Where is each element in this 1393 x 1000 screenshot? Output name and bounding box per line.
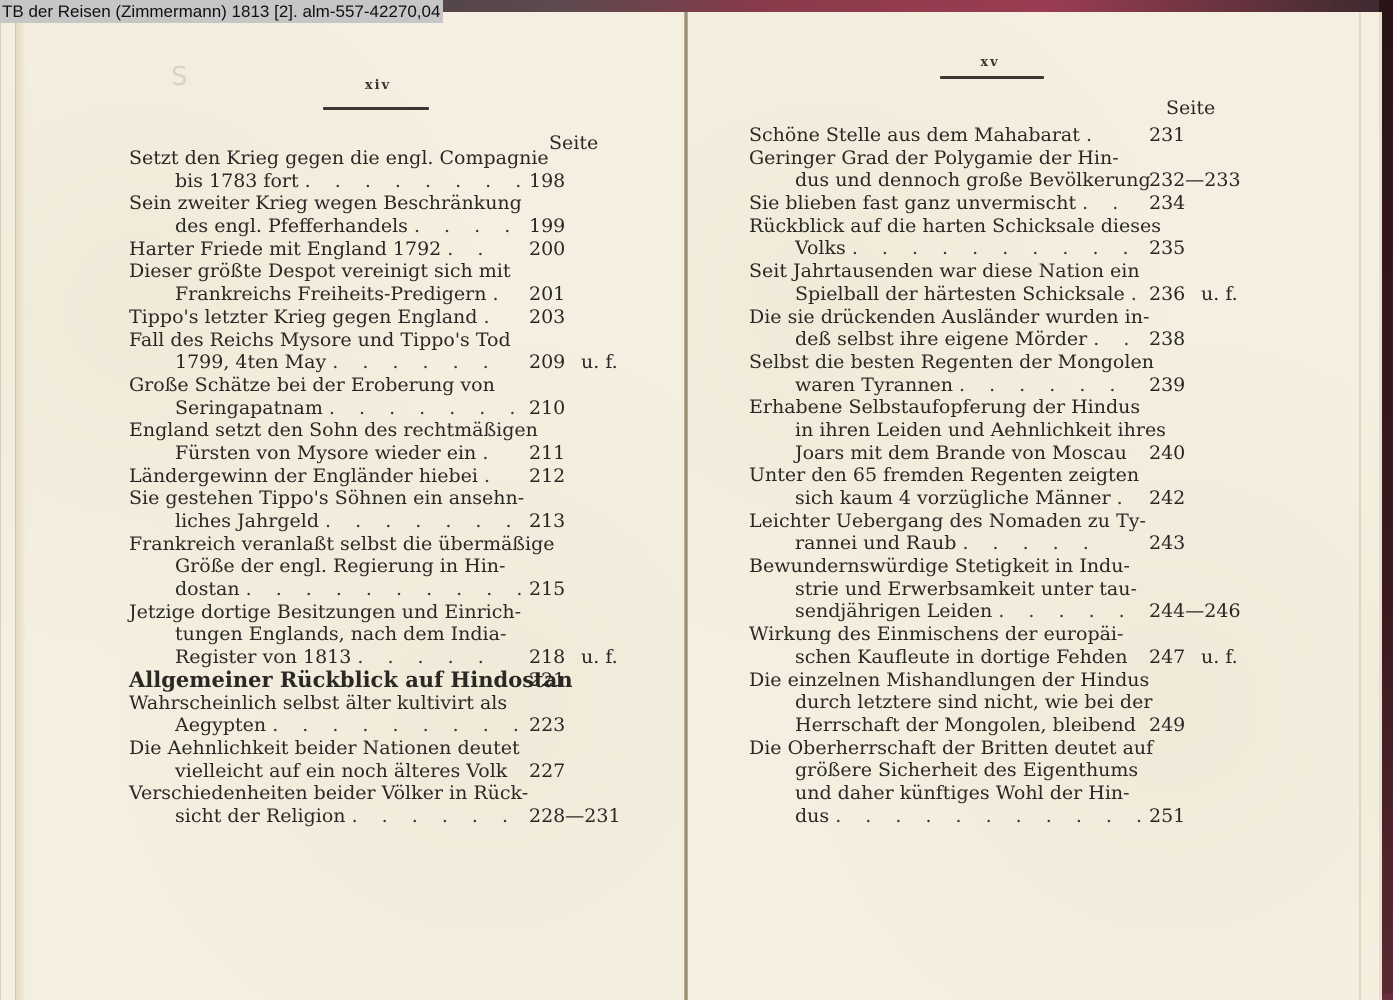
toc-entry-text: Bewundernswürdige Stetigkeit in Indu-	[749, 555, 1130, 578]
toc-entry-text: Herrschaft der Mongolen, bleibend	[795, 714, 1136, 737]
toc-entry-text: waren Tyrannen . . . . . .	[795, 374, 1124, 397]
leader-dots: .	[1086, 124, 1101, 146]
page-number: 238	[1149, 328, 1185, 351]
toc-entry-line: Fürsten von Mysore wieder ein .211	[129, 442, 649, 465]
toc-entry-line: größere Sicherheit des Eigenthums	[749, 759, 1309, 782]
toc-entry-text: deß selbst ihre eigene Mörder . .	[795, 328, 1138, 351]
toc-entry-line: Herrschaft der Mongolen, bleibend249	[749, 714, 1309, 737]
toc-entry-line: Jetzige dortige Besitzungen und Einrich-	[129, 601, 649, 624]
toc-entry-line: deß selbst ihre eigene Mörder . .238	[749, 328, 1309, 351]
folio-number: xiv	[326, 78, 430, 93]
column-heading-seite: Seite	[1166, 97, 1215, 119]
toc-entry-text: Jetzige dortige Besitzungen und Einrich-	[129, 601, 521, 624]
toc-entry-line: Wirkung des Einmischens der europäi-	[749, 623, 1309, 646]
toc-entry-text: sicht der Religion . . . . . .	[175, 805, 517, 828]
leader-dots: . . . . . . . .	[325, 510, 551, 532]
page-number: 235	[1149, 237, 1185, 260]
toc-entry-line: Die Oberherrschaft der Britten deutet au…	[749, 737, 1309, 760]
toc-entry-text: 1799, 4ten May . . . . . .	[175, 351, 498, 374]
leader-dots: . . . . . .	[959, 374, 1124, 396]
page-number: 211	[529, 442, 565, 465]
page-number: 249	[1149, 714, 1185, 737]
toc-entry-line: Register von 1813 . . . . .218u. f.	[129, 646, 649, 669]
page-number: 232—233	[1149, 169, 1241, 192]
toc-entry-text: Spielball der härtesten Schicksale .	[795, 283, 1146, 306]
toc-entry-text: Allgemeiner Rückblick auf Hindostan	[129, 669, 573, 692]
toc-entry-line: Joars mit dem Brande von Moscau240	[749, 442, 1309, 465]
toc-entry-text: liches Jahrgeld . . . . . . . .	[175, 510, 551, 533]
table-of-contents-left: Setzt den Krieg gegen die engl. Compagni…	[129, 147, 649, 828]
toc-entry-text: Wirkung des Einmischens der europäi-	[749, 623, 1123, 646]
toc-entry-line: Frankreichs Freiheits-Predigern .201	[129, 283, 649, 306]
leader-dots: . . . . .	[357, 646, 492, 668]
toc-entry-line: in ihren Leiden und Aehnlichkeit ihres	[749, 419, 1309, 442]
toc-entry-line: Aegypten . . . . . . . . .223	[129, 714, 649, 737]
header-rule	[940, 76, 1044, 79]
toc-entry-text: dus und dennoch große Bevölkerung	[795, 169, 1151, 192]
toc-entry-line: tungen Englands, nach dem India-	[129, 623, 649, 646]
ghost-mark: S	[171, 62, 188, 92]
toc-entry-line: Dieser größte Despot vereinigt sich mit	[129, 260, 649, 283]
page-number: 231	[1149, 124, 1185, 147]
leader-dots: . .	[1082, 192, 1127, 214]
toc-entry-line: 1799, 4ten May . . . . . .209u. f.	[129, 351, 649, 374]
toc-entry-line: dostan . . . . . . . . . .215	[129, 578, 649, 601]
toc-entry-line: Große Schätze bei der Eroberung von	[129, 374, 649, 397]
toc-entry-line: sendjährigen Leiden . . . . .244—246	[749, 600, 1309, 623]
toc-entry-line: Unter den 65 fremden Regenten zeigten	[749, 464, 1309, 487]
leader-dots: .	[484, 465, 499, 487]
toc-entry-text: in ihren Leiden und Aehnlichkeit ihres	[795, 419, 1166, 442]
page-number: 200	[529, 238, 565, 261]
page-number: 244—246	[1149, 600, 1241, 623]
header-rule	[323, 107, 429, 110]
toc-entry-line: Verschiedenheiten beider Völker in Rück-	[129, 782, 649, 805]
leader-dots: . . . . . .	[352, 805, 517, 827]
toc-entry-text: und daher künftiges Wohl der Hin-	[795, 782, 1130, 805]
leader-dots: . .	[447, 238, 492, 260]
page-number: 234	[1149, 192, 1185, 215]
toc-entry-text: Geringer Grad der Polygamie der Hin-	[749, 147, 1119, 170]
toc-entry-text: Selbst die besten Regenten der Mongolen	[749, 351, 1154, 374]
page-suffix: u. f.	[1201, 646, 1238, 669]
toc-entry-line: Frankreich veranlaßt selbst die übermäßi…	[129, 533, 649, 556]
leader-dots: . . . . . . . .	[305, 170, 531, 192]
leader-dots: . . . . . .	[332, 351, 497, 373]
page-number: 199	[529, 215, 565, 238]
page-number: 239	[1149, 374, 1185, 397]
toc-entry-text: Sie blieben fast ganz unvermischt . .	[749, 192, 1127, 215]
toc-entry-text: Seringapatnam . . . . . . .	[175, 397, 524, 420]
toc-entry-line: England setzt den Sohn des rechtmäßigen	[129, 419, 649, 442]
toc-entry-line: Seringapatnam . . . . . . .210	[129, 397, 649, 420]
page-number: 223	[529, 714, 565, 737]
page-suffix: u. f.	[1201, 283, 1238, 306]
toc-entry-line: Volks . . . . . . . . . .235	[749, 237, 1309, 260]
toc-entry-line: des engl. Pfefferhandels . . . .199	[129, 215, 649, 238]
toc-entry-line: dus . . . . . . . . . . .251	[749, 805, 1309, 828]
toc-entry-line: schen Kaufleute in dortige Fehden247u. f…	[749, 646, 1309, 669]
toc-entry-text: Fall des Reichs Mysore und Tippo's Tod	[129, 329, 511, 352]
page-number: 212	[529, 465, 565, 488]
toc-entry-line: Größe der engl. Regierung in Hin-	[129, 555, 649, 578]
page-number: 242	[1149, 487, 1185, 510]
folio-number: xv	[938, 55, 1042, 70]
toc-entry-text: Erhabene Selbstaufopferung der Hindus	[749, 396, 1140, 419]
page-number: 251	[1149, 805, 1185, 828]
toc-entry-line: vielleicht auf ein noch älteres Volk227	[129, 760, 649, 783]
leader-dots: . .	[1093, 328, 1138, 350]
toc-entry-line: Sein zweiter Krieg wegen Beschränkung	[129, 192, 649, 215]
toc-entry-text: Verschiedenheiten beider Völker in Rück-	[129, 782, 528, 805]
page-number: 213	[529, 510, 565, 533]
page-number: 227	[529, 760, 565, 783]
toc-entry-line: sicht der Religion . . . . . .228—231	[129, 805, 649, 828]
toc-entry-text: Joars mit dem Brande von Moscau	[795, 442, 1127, 465]
leader-dots: . . . . . . . . . .	[246, 578, 532, 600]
toc-entry-line: Harter Friede mit England 1792 . .200	[129, 238, 649, 261]
leader-dots: . . . .	[414, 215, 519, 237]
toc-entry-line: rannei und Raub . . . . .243	[749, 532, 1309, 555]
page-number: 201	[529, 283, 565, 306]
toc-entry-line: Seit Jahrtausenden war diese Nation ein	[749, 260, 1309, 283]
toc-entry-text: Die Oberherrschaft der Britten deutet au…	[749, 737, 1153, 760]
leader-dots: .	[1117, 487, 1132, 509]
page-stack-edge	[1359, 12, 1361, 1000]
toc-entry-line: Bewundernswürdige Stetigkeit in Indu-	[749, 555, 1309, 578]
toc-entry-text: rannei und Raub . . . . .	[795, 532, 1098, 555]
toc-entry-line: Tippo's letzter Krieg gegen England .203	[129, 306, 649, 329]
toc-entry-line: Ländergewinn der Engländer hiebei .212	[129, 465, 649, 488]
image-caption: TB der Reisen (Zimmermann) 1813 [2]. alm…	[0, 0, 443, 23]
page-number: 198	[529, 170, 565, 193]
page-number: 243	[1149, 532, 1185, 555]
toc-entry-text: vielleicht auf ein noch älteres Volk	[175, 760, 507, 783]
toc-entry-line: liches Jahrgeld . . . . . . . .213	[129, 510, 649, 533]
page-number: 228—231	[529, 805, 621, 828]
toc-entry-text: Wahrscheinlich selbst älter kultivirt al…	[129, 692, 507, 715]
right-page: xv Seite Schöne Stelle aus dem Mahabarat…	[688, 12, 1382, 1000]
toc-entry-line: Allgemeiner Rückblick auf Hindostan221	[129, 669, 649, 692]
toc-entry-line: Sie blieben fast ganz unvermischt . .234	[749, 192, 1309, 215]
toc-entry-line: Sie gestehen Tippo's Söhnen ein ansehn-	[129, 487, 649, 510]
toc-entry-text: Schöne Stelle aus dem Mahabarat .	[749, 124, 1101, 147]
leader-dots: . . . . . . . . . . .	[835, 805, 1151, 827]
page-number: 240	[1149, 442, 1185, 465]
toc-entry-text: Frankreich veranlaßt selbst die übermäßi…	[129, 533, 555, 556]
leader-dots: . . . . .	[962, 532, 1097, 554]
page-number: 209	[529, 351, 565, 374]
leader-dots: . . . . . . . . .	[272, 714, 528, 736]
toc-entry-line: Setzt den Krieg gegen die engl. Compagni…	[129, 147, 649, 170]
page-number: 221	[529, 669, 565, 692]
toc-entry-text: Setzt den Krieg gegen die engl. Compagni…	[129, 147, 549, 170]
toc-entry-text: Die einzelnen Mishandlungen der Hindus	[749, 669, 1149, 692]
toc-entry-text: Größe der engl. Regierung in Hin-	[175, 555, 505, 578]
toc-entry-line: Wahrscheinlich selbst älter kultivirt al…	[129, 692, 649, 715]
leader-dots: . . . . . . . . . .	[852, 237, 1138, 259]
toc-entry-text: Leichter Uebergang des Nomaden zu Ty-	[749, 510, 1146, 533]
leader-dots: .	[493, 283, 508, 305]
toc-entry-text: durch letztere sind nicht, wie bei der	[795, 691, 1152, 714]
toc-entry-text: strie und Erwerbsamkeit unter tau-	[795, 578, 1137, 601]
toc-entry-text: schen Kaufleute in dortige Fehden	[795, 646, 1127, 669]
toc-entry-text: Rückblick auf die harten Schicksale dies…	[749, 215, 1161, 238]
toc-entry-line: strie und Erwerbsamkeit unter tau-	[749, 578, 1309, 601]
toc-entry-text: Die Aehnlichkeit beider Nationen deutet	[129, 737, 520, 760]
table-of-contents-right: Schöne Stelle aus dem Mahabarat .231Geri…	[749, 124, 1309, 827]
page-number: 203	[529, 306, 565, 329]
leader-dots: .	[1131, 283, 1146, 305]
page-number: 236	[1149, 283, 1185, 306]
toc-entry-line: Erhabene Selbstaufopferung der Hindus	[749, 396, 1309, 419]
toc-entry-line: durch letztere sind nicht, wie bei der	[749, 691, 1309, 714]
toc-entry-line: Die sie drückenden Ausländer wurden in-	[749, 306, 1309, 329]
page-number: 218	[529, 646, 565, 669]
left-page: S xiv Seite Setzt den Krieg gegen die en…	[0, 12, 687, 1000]
toc-entry-text: sich kaum 4 vorzügliche Männer .	[795, 487, 1132, 510]
toc-entry-text: Ländergewinn der Engländer hiebei .	[129, 465, 499, 488]
toc-entry-text: Unter den 65 fremden Regenten zeigten	[749, 464, 1139, 487]
toc-entry-line: Fall des Reichs Mysore und Tippo's Tod	[129, 329, 649, 352]
toc-entry-text: des engl. Pfefferhandels . . . .	[175, 215, 519, 238]
toc-entry-line: sich kaum 4 vorzügliche Männer .242	[749, 487, 1309, 510]
leader-dots: .	[482, 442, 497, 464]
toc-entry-text: Dieser größte Despot vereinigt sich mit	[129, 260, 510, 283]
toc-entry-text: bis 1783 fort . . . . . . . .	[175, 170, 530, 193]
toc-entry-text: England setzt den Sohn des rechtmäßigen	[129, 419, 538, 442]
toc-entry-text: tungen Englands, nach dem India-	[175, 623, 506, 646]
leader-dots: . . . . .	[998, 600, 1133, 622]
toc-entry-text: dus . . . . . . . . . . .	[795, 805, 1151, 828]
toc-entry-line: Spielball der härtesten Schicksale .236u…	[749, 283, 1309, 306]
page-number: 247	[1149, 646, 1185, 669]
toc-entry-line: Selbst die besten Regenten der Mongolen	[749, 351, 1309, 374]
toc-entry-text: Frankreichs Freiheits-Predigern .	[175, 283, 508, 306]
toc-entry-text: Sie gestehen Tippo's Söhnen ein ansehn-	[129, 487, 524, 510]
toc-entry-text: sendjährigen Leiden . . . . .	[795, 600, 1134, 623]
toc-entry-text: Seit Jahrtausenden war diese Nation ein	[749, 260, 1140, 283]
toc-entry-text: Harter Friede mit England 1792 . .	[129, 238, 492, 261]
toc-entry-text: Register von 1813 . . . . .	[175, 646, 493, 669]
toc-entry-text: Große Schätze bei der Eroberung von	[129, 374, 495, 397]
toc-entry-line: Die einzelnen Mishandlungen der Hindus	[749, 669, 1309, 692]
toc-entry-line: bis 1783 fort . . . . . . . .198	[129, 170, 649, 193]
toc-entry-line: waren Tyrannen . . . . . .239	[749, 374, 1309, 397]
toc-entry-line: Geringer Grad der Polygamie der Hin-	[749, 147, 1309, 170]
toc-entry-text: Tippo's letzter Krieg gegen England .	[129, 306, 499, 329]
page-number: 215	[529, 578, 565, 601]
toc-entry-text: Volks . . . . . . . . . .	[795, 237, 1138, 260]
toc-entry-line: und daher künftiges Wohl der Hin-	[749, 782, 1309, 805]
toc-entry-text: Sein zweiter Krieg wegen Beschränkung	[129, 192, 522, 215]
toc-entry-line: Rückblick auf die harten Schicksale dies…	[749, 215, 1309, 238]
page-number: 210	[529, 397, 565, 420]
page-suffix: u. f.	[581, 646, 618, 669]
toc-entry-text: Fürsten von Mysore wieder ein .	[175, 442, 497, 465]
toc-entry-line: Schöne Stelle aus dem Mahabarat .231	[749, 124, 1309, 147]
toc-entry-line: Die Aehnlichkeit beider Nationen deutet	[129, 737, 649, 760]
toc-entry-text: Aegypten . . . . . . . . .	[175, 714, 528, 737]
page-stack-edge	[15, 12, 26, 1000]
toc-entry-text: dostan . . . . . . . . . .	[175, 578, 531, 601]
leader-dots: . . . . . . .	[329, 397, 525, 419]
toc-entry-text: größere Sicherheit des Eigenthums	[795, 759, 1138, 782]
toc-entry-line: Leichter Uebergang des Nomaden zu Ty-	[749, 510, 1309, 533]
page-suffix: u. f.	[581, 351, 618, 374]
toc-entry-line: dus und dennoch große Bevölkerung232—233	[749, 169, 1309, 192]
toc-entry-text: Die sie drückenden Ausländer wurden in-	[749, 306, 1149, 329]
leader-dots: .	[484, 306, 499, 328]
